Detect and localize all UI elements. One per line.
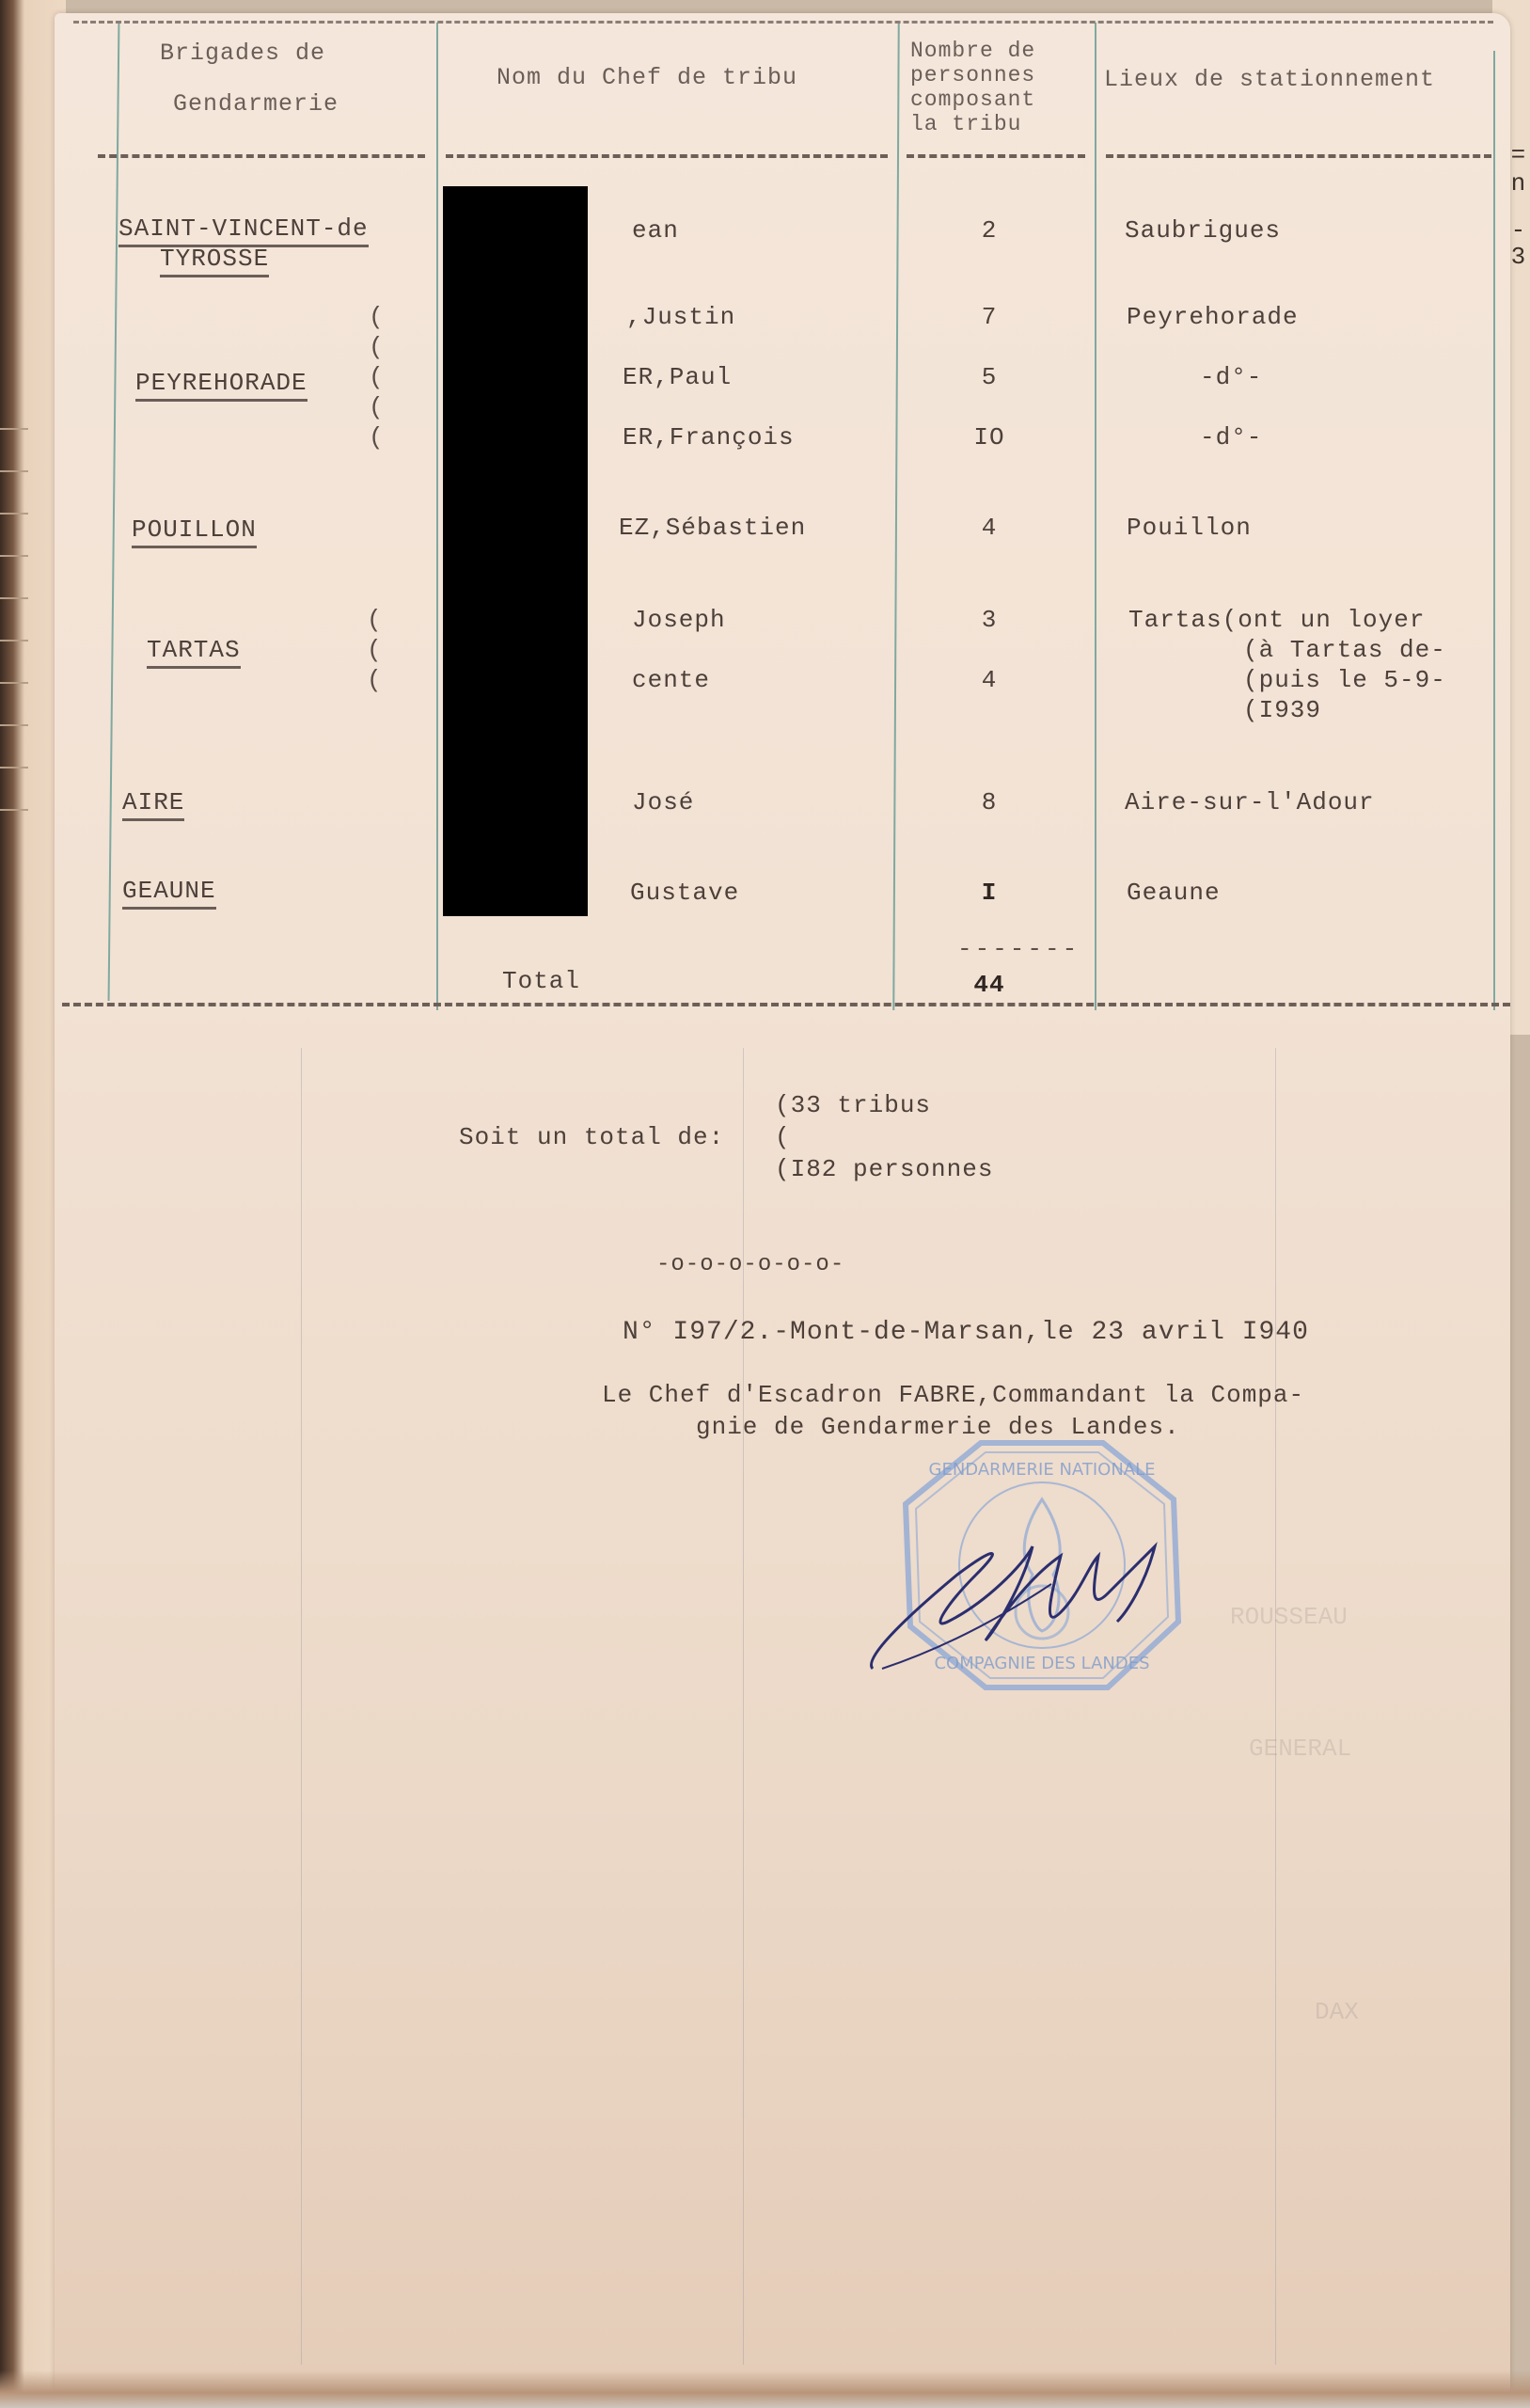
brace-paren: ( — [367, 636, 382, 664]
brace-paren: ( — [369, 423, 384, 451]
location-ditto: -d°- — [1200, 363, 1262, 391]
column-rule — [108, 23, 120, 1001]
header-nombre-line3: composant — [910, 88, 1035, 111]
signatory-line-1: Le Chef d'Escadron FABRE,Commandant la C… — [602, 1381, 1304, 1409]
person-count: 4 — [961, 666, 1017, 694]
chef-name: ER,François — [623, 423, 795, 451]
redaction-box — [443, 186, 588, 916]
header-lieux: Lieux de stationnement — [1104, 66, 1435, 94]
bleed-through-rule — [1275, 1048, 1276, 2365]
chef-name: EZ,Sébastien — [619, 514, 806, 542]
location: Tartas(ont un loyer — [1128, 606, 1425, 634]
brace-paren: ( — [369, 363, 384, 391]
chef-name: cente — [632, 666, 710, 694]
header-nombre-line2: personnes — [910, 64, 1035, 87]
brace-paren: ( — [369, 333, 384, 361]
person-count: 7 — [961, 303, 1017, 331]
brace-paren: ( — [367, 666, 382, 694]
location-note: (à Tartas de- — [1243, 636, 1446, 664]
bleed-through-rule — [743, 1048, 744, 2365]
brigade-aire: AIRE — [122, 788, 184, 821]
person-count: 8 — [961, 788, 1017, 816]
location: Peyrehorade — [1127, 303, 1299, 331]
bleed-through-text: ROUSSEAU — [1230, 1603, 1348, 1631]
column-rule — [1493, 51, 1495, 1010]
total-label: Total — [502, 967, 580, 995]
header-rule — [1106, 154, 1491, 158]
summary-paren: ( — [775, 1123, 791, 1151]
table-bottom-rule — [62, 1003, 1510, 1006]
chef-name: ER,Paul — [623, 363, 732, 391]
header-rule — [907, 154, 1085, 158]
bleed-through-text: DAX — [1315, 1998, 1359, 2026]
person-count: 4 — [961, 514, 1017, 542]
brace-paren: ( — [369, 393, 384, 421]
total-separator: ------- — [957, 935, 1080, 963]
stamp-top-text: GENDARMERIE NATIONALE — [929, 1460, 1156, 1480]
brigade-pouillon: POUILLON — [132, 515, 257, 548]
brigade-saint-vincent-line2: TYROSSE — [160, 245, 269, 277]
bleed-through-rule — [301, 1048, 302, 2365]
brace-paren: ( — [369, 303, 384, 331]
brigade-peyrehorade: PEYREHORADE — [135, 369, 308, 402]
person-count: IO — [961, 423, 1017, 451]
chef-name: Gustave — [630, 879, 739, 907]
person-count: 2 — [961, 216, 1017, 245]
page-bottom-edge — [0, 2370, 1530, 2408]
brace-paren: ( — [367, 606, 382, 634]
summary-prefix: Soit un total de: — [459, 1123, 724, 1151]
header-chef-de-tribu: Nom du Chef de tribu — [497, 64, 797, 92]
reference-date-line: N° I97/2.-Mont-de-Marsan,le 23 avril I94… — [623, 1319, 1309, 1347]
brigade-saint-vincent-line1: SAINT-VINCENT-de — [118, 214, 369, 247]
summary-tribus: (33 tribus — [775, 1091, 931, 1119]
column-rule — [1095, 23, 1096, 1010]
chef-name: ,Justin — [626, 303, 735, 331]
person-count: 5 — [961, 363, 1017, 391]
total-value: 44 — [961, 971, 1017, 999]
location: Aire-sur-l'Adour — [1125, 788, 1375, 816]
brigade-geaune: GEAUNE — [122, 877, 216, 910]
column-rule — [436, 23, 438, 1010]
chef-name: José — [632, 788, 694, 816]
bleed-through-text: GENERAL — [1249, 1735, 1351, 1763]
location: Saubrigues — [1125, 216, 1281, 245]
handwritten-signature — [844, 1490, 1221, 1678]
brigade-tartas: TARTAS — [147, 636, 241, 669]
header-nombre-line4: la tribu — [910, 113, 1021, 135]
location-ditto: -d°- — [1200, 423, 1262, 451]
chef-name: Joseph — [632, 606, 726, 634]
section-separator: -o-o-o-o-o-o- — [656, 1251, 844, 1279]
header-brigades-line1: Brigades de — [160, 40, 325, 68]
header-nombre-line1: Nombre de — [910, 40, 1035, 62]
location-note: (puis le 5-9- — [1243, 666, 1446, 694]
person-count: 3 — [961, 606, 1017, 634]
person-count: I — [961, 879, 1017, 907]
column-rule — [892, 23, 899, 1010]
header-rule — [446, 154, 888, 158]
header-brigades-line2: Gendarmerie — [173, 90, 339, 119]
top-rule — [73, 21, 1493, 24]
header-rule — [98, 154, 425, 158]
chef-name: ean — [632, 216, 679, 245]
document-page: Brigades de Gendarmerie Nom du Chef de t… — [55, 13, 1510, 2393]
summary-personnes: (I82 personnes — [775, 1155, 993, 1183]
location: Geaune — [1127, 879, 1221, 907]
location-note: (I939 — [1243, 696, 1321, 724]
location: Pouillon — [1127, 514, 1252, 542]
